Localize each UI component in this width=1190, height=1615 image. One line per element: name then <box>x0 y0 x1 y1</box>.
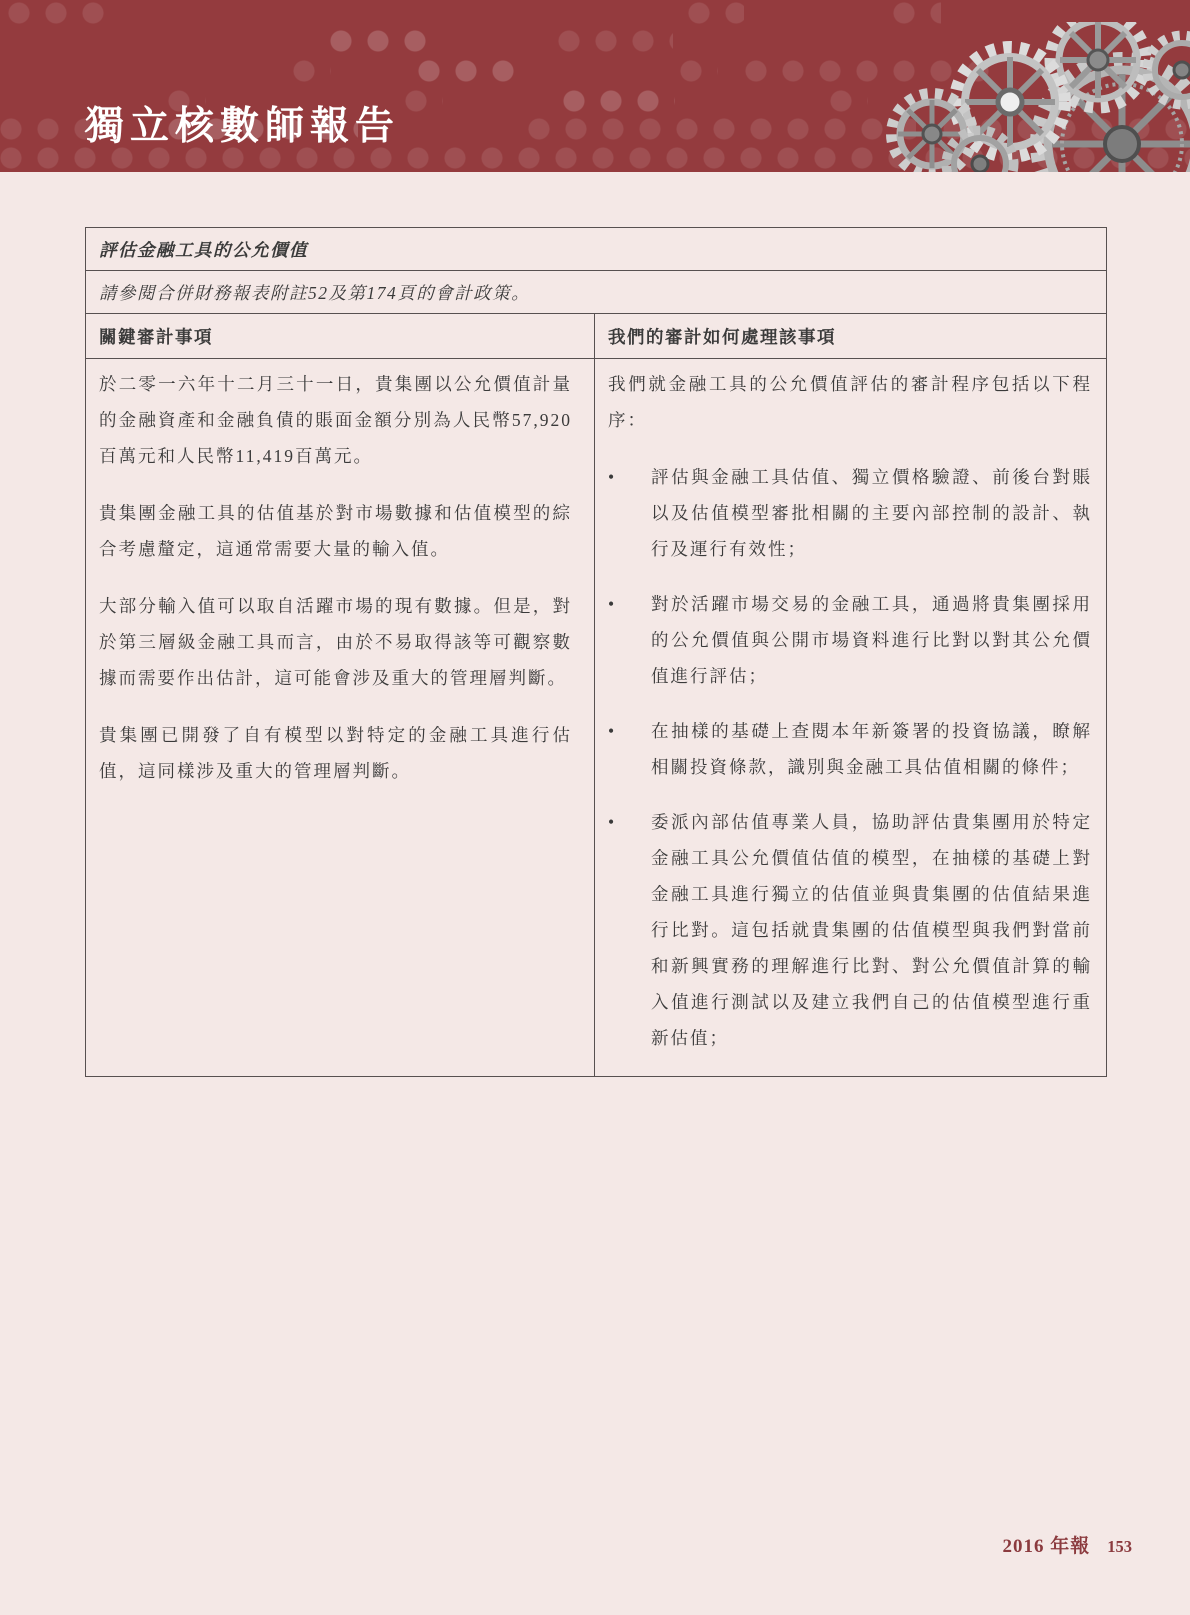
page-title: 獨立核數師報告 <box>85 104 400 151</box>
column-header-row: 關鍵審計事項 我們的審計如何處理該事項 <box>86 314 1106 359</box>
dot-pattern-row <box>8 2 108 24</box>
dot-pattern-row <box>405 90 443 112</box>
document-page: 獨立核數師報告 評估金融工具的公允價值 請參閱合併財務報表附註52及第174頁的… <box>0 0 1190 1615</box>
paragraph: 大部分輸入值可以取自活躍市場的現有數據。但是，對於第三層級金融工具而言，由於不易… <box>99 588 572 696</box>
dot-pattern-row <box>0 118 92 140</box>
bullet-icon: • <box>608 713 651 785</box>
bullet-icon: • <box>608 586 651 694</box>
column-header-label: 關鍵審計事項 <box>99 324 213 349</box>
page-footer: 2016 年報 153 <box>1002 1531 1132 1558</box>
reference-note: 請參閱合併財務報表附註52及第174頁的會計政策。 <box>99 280 530 305</box>
bullet-icon: • <box>608 459 651 567</box>
matter-title: 評估金融工具的公允價值 <box>99 237 308 262</box>
column-header-label: 我們的審計如何處理該事項 <box>608 324 836 349</box>
matter-title-row: 評估金融工具的公允價值 <box>86 228 1106 271</box>
dot-pattern-row <box>893 2 941 24</box>
bullet-icon: • <box>608 804 651 1056</box>
dot-pattern-row <box>330 30 438 52</box>
intro-paragraph: 我們就金融工具的公允價值評估的審計程序包括以下程序： <box>608 366 1092 438</box>
dot-pattern-row <box>293 60 331 82</box>
bullet-text: 對於活躍市場交易的金融工具，通過將貴集團採用的公允價值與公開市場資料進行比對以對… <box>651 586 1092 694</box>
audit-response-cell: 我們就金融工具的公允價值評估的審計程序包括以下程序： • 評估與金融工具估值、獨… <box>595 359 1106 1076</box>
bullet-text: 在抽樣的基礎上查閱本年新簽署的投資協議，瞭解相關投資條款，識別與金融工具估值相關… <box>651 713 1092 785</box>
key-audit-matter-table: 評估金融工具的公允價值 請參閱合併財務報表附註52及第174頁的會計政策。 關鍵… <box>85 227 1107 1077</box>
key-audit-matter-cell: 於二零一六年十二月三十一日，貴集團以公允價值計量的金融資產和金融負債的賬面金額分… <box>86 359 595 1076</box>
list-item: • 在抽樣的基礎上查閱本年新簽署的投資協議，瞭解相關投資條款，識別與金融工具估值… <box>608 713 1092 785</box>
bullet-text: 評估與金融工具估值、獨立價格驗證、前後台對賬以及估值模型審批相關的主要內部控制的… <box>651 459 1092 567</box>
report-year-label: 2016 年報 <box>1002 1531 1090 1558</box>
reference-row: 請參閱合併財務報表附註52及第174頁的會計政策。 <box>86 271 1106 314</box>
list-item: • 評估與金融工具估值、獨立價格驗證、前後台對賬以及估值模型審批相關的主要內部控… <box>608 459 1092 567</box>
list-item: • 對於活躍市場交易的金融工具，通過將貴集團採用的公允價值與公開市場資料進行比對… <box>608 586 1092 694</box>
dot-pattern-row <box>680 60 718 82</box>
dot-pattern-row <box>418 60 526 82</box>
page-number: 153 <box>1107 1537 1132 1557</box>
dot-pattern-row <box>528 118 916 140</box>
column-header-audit-response: 我們的審計如何處理該事項 <box>595 314 1106 358</box>
page-header-banner: 獨立核數師報告 <box>0 0 1190 172</box>
bullet-text: 委派內部估值專業人員，協助評估貴集團用於特定金融工具公允價值估值的模型，在抽樣的… <box>651 804 1092 1056</box>
table-body-row: 於二零一六年十二月三十一日，貴集團以公允價值計量的金融資產和金融負債的賬面金額分… <box>86 359 1106 1076</box>
paragraph: 貴集團金融工具的估值基於對市場數據和估值模型的綜合考慮釐定，這通常需要大量的輸入… <box>99 495 572 567</box>
column-header-key-audit-matter: 關鍵審計事項 <box>86 314 595 358</box>
dot-pattern-row <box>688 2 744 24</box>
dot-pattern-row <box>563 90 675 112</box>
gears-image <box>860 22 1190 172</box>
dot-pattern-row <box>558 30 673 52</box>
paragraph: 貴集團已開發了自有模型以對特定的金融工具進行估值，這同樣涉及重大的管理層判斷。 <box>99 717 572 789</box>
paragraph: 於二零一六年十二月三十一日，貴集團以公允價值計量的金融資產和金融負債的賬面金額分… <box>99 366 572 474</box>
list-item: • 委派內部估值專業人員，協助評估貴集團用於特定金融工具公允價值估值的模型，在抽… <box>608 804 1092 1056</box>
